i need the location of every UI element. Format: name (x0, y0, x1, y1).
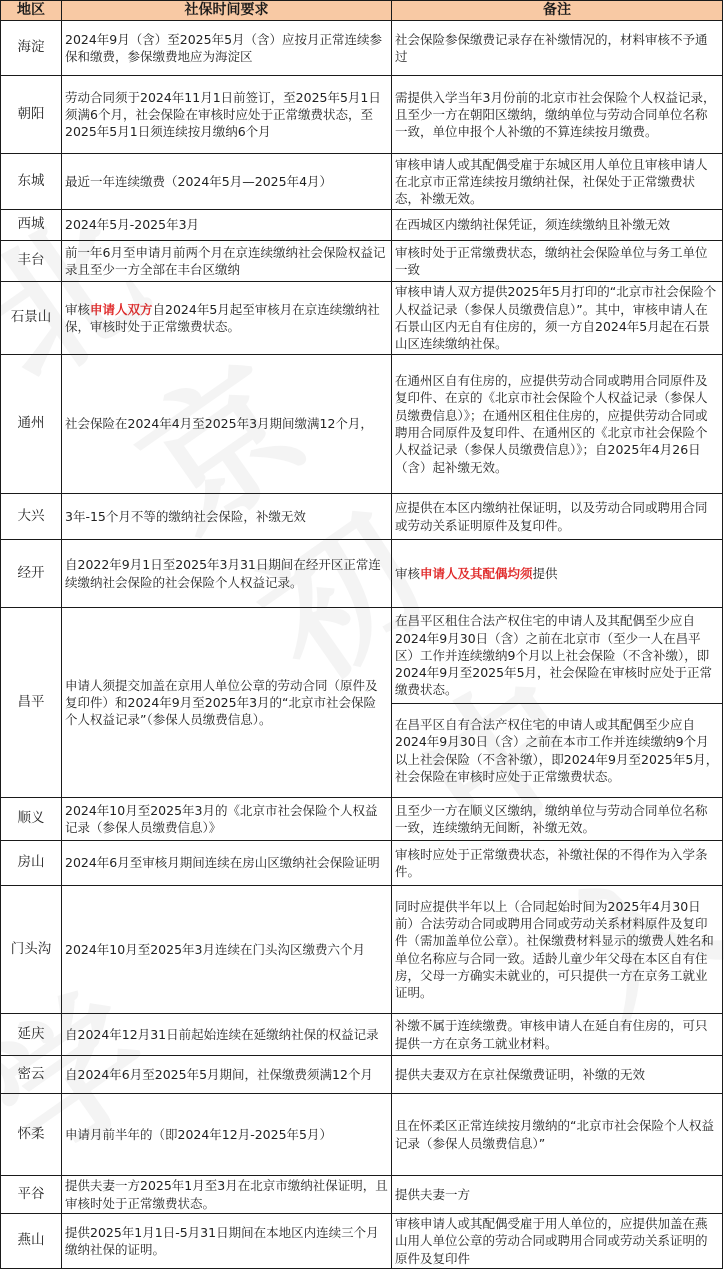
note-cell: 且至少一方在顺义区缴纳，缴纳单位与劳动合同单位名称一致，连续缴纳无间断，补缴无效… (392, 798, 723, 841)
note-cell: 在西城区内缴纳社保凭证，须连续缴纳且补缴无效 (392, 210, 723, 241)
requirement-cell: 自2024年12月31日前起始连续在延缴纳社保的权益记录 (62, 1014, 392, 1056)
region-cell: 燕山 (1, 1214, 62, 1269)
table-row-yanshan: 燕山 提供2025年1月1日-5月31日期间在本地区内连续三个月缴纳社保的证明。… (1, 1214, 723, 1269)
region-cell: 顺义 (1, 798, 62, 841)
note-text: 审核 (395, 566, 420, 581)
requirement-cell: 2024年10月至2025年3月连续在门头沟区缴费六个月 (62, 886, 392, 1014)
requirement-cell: 自2024年6月至2025年5月期间，社保缴费须满12个月 (62, 1056, 392, 1094)
requirement-cell: 2024年5月-2025年3月 (62, 210, 392, 241)
region-cell: 门头沟 (1, 886, 62, 1014)
region-cell: 怀柔 (1, 1094, 62, 1176)
table-row-fengtai: 丰台 前一年6月至申请月前两个月在京连续缴纳社会保险权益记录且至少一方全部在丰台… (1, 241, 723, 282)
header-requirement: 社保时间要求 (62, 1, 392, 21)
table-header-row: 地区 社保时间要求 备注 (1, 1, 723, 21)
note-cell: 社会保险参保缴费记录存在补缴情况的，材料审核不予通过 (392, 21, 723, 76)
requirement-cell: 2024年10月至2025年3月的《北京市社会保险个人权益记录（参保人员缴费信息… (62, 798, 392, 841)
region-cell: 朝阳 (1, 76, 62, 154)
table-row-shijingshan: 石景山 审核申请人双方自2024年5月起至审核月在京连续缴纳社保，审核时处于正常… (1, 282, 723, 355)
table-row-pinggu: 平谷 提供夫妻一方2025年1月至3月在北京市缴纳社保证明，且审核时处于正常缴费… (1, 1176, 723, 1214)
region-cell: 海淀 (1, 21, 62, 76)
table-row-fangshan: 房山 2024年6月至审核月期间连续在房山区缴纳社会保险证明 审核时应处于正常缴… (1, 841, 723, 886)
note-cell: 同时应提供半年以上（合同起始时间为2025年4月30日前）合法劳动合同或聘用合同… (392, 886, 723, 1014)
region-cell: 丰台 (1, 241, 62, 282)
table-row-huairou: 怀柔 申请月前半年的（即2024年12月-2025年5月） 且在怀柔区正常连续按… (1, 1094, 723, 1176)
note-cell: 补缴不属于连续缴费。审核申请人在延自有住房的，可只提供一方在京务工就业材料。 (392, 1014, 723, 1056)
highlight-text: 申请人及其配偶均须 (420, 566, 533, 581)
region-cell: 通州 (1, 355, 62, 494)
region-cell: 密云 (1, 1056, 62, 1094)
requirement-cell: 申请月前半年的（即2024年12月-2025年5月） (62, 1094, 392, 1176)
highlight-text: 申请人双方 (90, 302, 153, 317)
region-cell: 平谷 (1, 1176, 62, 1214)
note-cell: 在通州区自有住房的，应提供劳动合同或聘用合同原件及复印件、在京的《北京市社会保险… (392, 355, 723, 494)
note-text: 提供 (533, 566, 558, 581)
region-cell: 东城 (1, 154, 62, 210)
region-cell: 经开 (1, 540, 62, 608)
region-cell: 房山 (1, 841, 62, 886)
table-row-chaoyang: 朝阳 劳动合同须于2024年11月1日前签订，至2025年5月1日须满6个月，社… (1, 76, 723, 154)
region-cell: 延庆 (1, 1014, 62, 1056)
table-row-dongcheng: 东城 最近一年连续缴费（2024年5月—2025年4月） 审核申请人或其配偶受雇… (1, 154, 723, 210)
region-cell: 西城 (1, 210, 62, 241)
note-cell: 在昌平区租住合法产权住宅的申请人及其配偶至少应自2024年9月30日（含）之前在… (392, 608, 723, 704)
requirement-cell: 前一年6月至申请月前两个月在京连续缴纳社会保险权益记录且至少一方全部在丰台区缴纳 (62, 241, 392, 282)
requirement-cell: 自2022年9月1日至2025年3月31日期间在经开区正常连续缴纳社会保险的社会… (62, 540, 392, 608)
table-row-mentougou: 门头沟 2024年10月至2025年3月连续在门头沟区缴费六个月 同时应提供半年… (1, 886, 723, 1014)
table-row-changping-a: 昌平 申请人须提交加盖在京用人单位公章的劳动合同（原件及复印件）和2024年9月… (1, 608, 723, 704)
note-cell: 审核时应处于正常缴费状态，补缴社保的不得作为入学条件。 (392, 841, 723, 886)
note-cell: 应提供在本区内缴纳社保证明，以及劳动合同或聘用合同或劳动关系证明原件及复印件。 (392, 494, 723, 540)
requirement-cell: 2024年9月（含）至2025年5月（含）应按月正常连续参保和缴费，参保缴费地应… (62, 21, 392, 76)
note-cell: 提供夫妻双方在京社保缴费证明，补缴的无效 (392, 1056, 723, 1094)
note-cell: 且在怀柔区正常连续按月缴纳的“北京市社会保险个人权益记录（参保人员缴费信息）” (392, 1094, 723, 1176)
table-row-haidian: 海淀 2024年9月（含）至2025年5月（含）应按月正常连续参保和缴费，参保缴… (1, 21, 723, 76)
note-cell: 审核申请人或其配偶受雇于东城区用人单位且审核申请人在北京市正常连续按月缴纳社保，… (392, 154, 723, 210)
social-insurance-requirements-table: 地区 社保时间要求 备注 海淀 2024年9月（含）至2025年5月（含）应按月… (0, 0, 723, 1269)
note-cell: 审核申请人双方提供2025年5月打印的“北京市社会保险个人权益记录（参保人员缴费… (392, 282, 723, 355)
note-cell: 提供夫妻一方 (392, 1176, 723, 1214)
requirement-cell: 最近一年连续缴费（2024年5月—2025年4月） (62, 154, 392, 210)
requirement-cell: 提供2025年1月1日-5月31日期间在本地区内连续三个月缴纳社保的证明。 (62, 1214, 392, 1269)
requirement-cell: 提供夫妻一方2025年1月至3月在北京市缴纳社保证明，且审核时处于正常缴费状态。 (62, 1176, 392, 1214)
requirement-cell: 劳动合同须于2024年11月1日前签订，至2025年5月1日须满6个月，社会保险… (62, 76, 392, 154)
region-cell: 昌平 (1, 608, 62, 798)
table-row-xicheng: 西城 2024年5月-2025年3月 在西城区内缴纳社保凭证，须连续缴纳且补缴无… (1, 210, 723, 241)
requirement-cell: 社会保险在2024年4月至2025年3月期间缴满12个月， (62, 355, 392, 494)
table-row-shunyi: 顺义 2024年10月至2025年3月的《北京市社会保险个人权益记录（参保人员缴… (1, 798, 723, 841)
region-cell: 石景山 (1, 282, 62, 355)
header-region: 地区 (1, 1, 62, 21)
header-note: 备注 (392, 1, 723, 21)
note-cell: 在昌平区自有合法产权住宅的申请人或其配偶至少应自2024年9月30日（含）之前在… (392, 704, 723, 798)
note-cell: 需提供入学当年3月份前的北京市社会保险个人权益记录，且至少一方在朝阳区缴纳，缴纳… (392, 76, 723, 154)
note-cell: 审核申请人或其配偶受雇于用人单位的，应提供加盖在燕山用人单位公章的劳动合同或聘用… (392, 1214, 723, 1269)
requirement-cell: 2024年6月至审核月期间连续在房山区缴纳社会保险证明 (62, 841, 392, 886)
table-row-daxing: 大兴 3年-15个月不等的缴纳社会保险，补缴无效 应提供在本区内缴纳社保证明，以… (1, 494, 723, 540)
requirement-text: 审核 (65, 302, 90, 317)
requirement-cell: 审核申请人双方自2024年5月起至审核月在京连续缴纳社保，审核时处于正常缴费状态… (62, 282, 392, 355)
table-row-jingkai: 经开 自2022年9月1日至2025年3月31日期间在经开区正常连续缴纳社会保险… (1, 540, 723, 608)
table-row-tongzhou: 通州 社会保险在2024年4月至2025年3月期间缴满12个月， 在通州区自有住… (1, 355, 723, 494)
region-cell: 大兴 (1, 494, 62, 540)
table-row-miyun: 密云 自2024年6月至2025年5月期间，社保缴费须满12个月 提供夫妻双方在… (1, 1056, 723, 1094)
requirement-cell: 3年-15个月不等的缴纳社会保险，补缴无效 (62, 494, 392, 540)
requirement-cell: 申请人须提交加盖在京用人单位公章的劳动合同（原件及复印件）和2024年9月至20… (62, 608, 392, 798)
note-cell: 审核申请人及其配偶均须提供 (392, 540, 723, 608)
table-row-yanqing: 延庆 自2024年12月31日前起始连续在延缴纳社保的权益记录 补缴不属于连续缴… (1, 1014, 723, 1056)
note-cell: 审核时处于正常缴费状态，缴纳社会保险单位与务工单位一致 (392, 241, 723, 282)
